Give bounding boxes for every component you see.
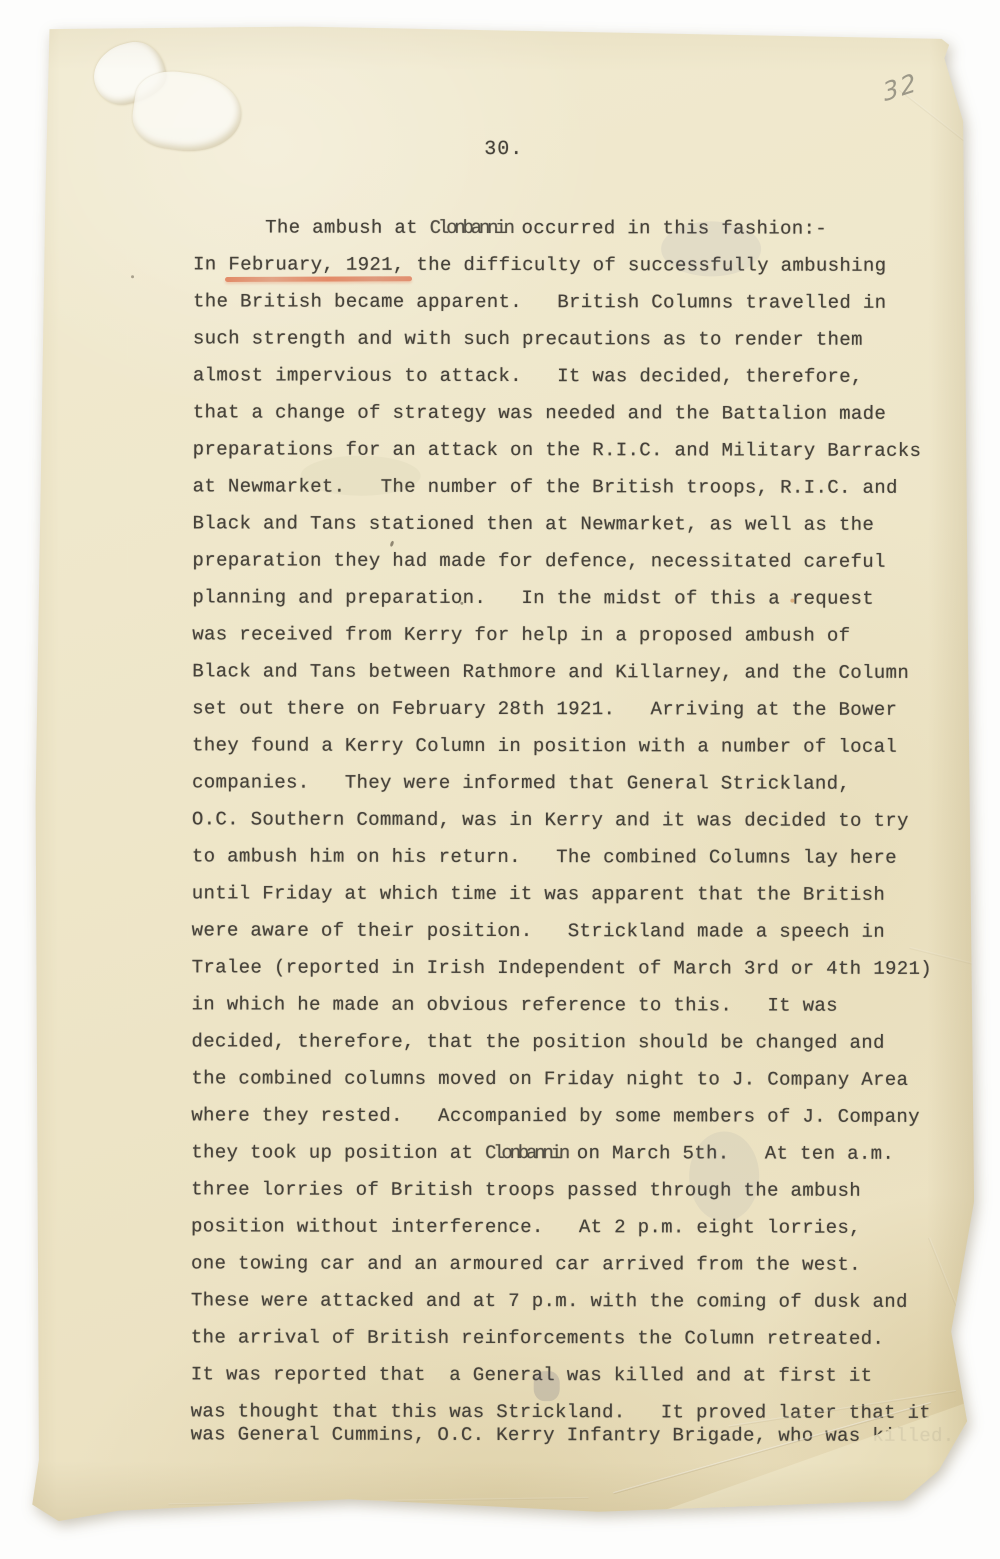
text-line: It was reported that a General was kille… bbox=[191, 1356, 981, 1395]
crease-line bbox=[168, 1497, 588, 1505]
scan-background: 30. The ambush at Clonbannin occurred in… bbox=[0, 0, 1000, 1559]
text-line: almost impervious to attack. It was deci… bbox=[193, 357, 983, 396]
text-line: position without interference. At 2 p.m.… bbox=[191, 1208, 981, 1247]
ink-speck bbox=[131, 275, 134, 278]
text-line: the combined columns moved on Friday nig… bbox=[191, 1060, 981, 1099]
text-line: In February, 1921, the difficulty of suc… bbox=[193, 246, 983, 285]
text-line: where they rested. Accompanied by some m… bbox=[191, 1097, 981, 1136]
text-line: to ambush him on his return. The combine… bbox=[192, 838, 982, 877]
text-line: such strength and with such precautions … bbox=[193, 320, 983, 359]
text-line: were aware of their position. Strickland… bbox=[192, 912, 982, 951]
text-line: Black and Tans between Rathmore and Kill… bbox=[192, 653, 982, 692]
text-line: that a change of strategy was needed and… bbox=[193, 394, 983, 433]
overtyped-word: Clonbannin bbox=[485, 1142, 567, 1164]
text-line: at Newmarket. The number of the British … bbox=[193, 468, 983, 507]
paper-sheet: 30. The ambush at Clonbannin occurred in… bbox=[28, 25, 976, 1523]
text-line: preparations for an attack on the R.I.C.… bbox=[193, 431, 983, 470]
text-line: Tralee (reported in Irish Independent of… bbox=[192, 949, 982, 988]
text-line: The ambush at Clonbannin occurred in thi… bbox=[193, 209, 983, 248]
text-line: These were attacked and at 7 p.m. with t… bbox=[191, 1282, 981, 1321]
text-line: was General Cummins, O.C. Kerry Infantry… bbox=[191, 1416, 981, 1455]
text-line: O.C. Southern Command, was in Kerry and … bbox=[192, 801, 982, 840]
text-line: planning and preparation. In the midst o… bbox=[192, 579, 982, 618]
text-line: three lorries of British troops passed t… bbox=[191, 1171, 981, 1210]
text-line: they took up position at Clonbannin on M… bbox=[191, 1134, 981, 1173]
text-line: decided, therefore, that the position sh… bbox=[191, 1023, 981, 1062]
text-line: preparation they had made for defence, n… bbox=[192, 542, 982, 581]
text-line: until Friday at which time it was appare… bbox=[192, 875, 982, 914]
text-line: set out there on February 28th 1921. Arr… bbox=[192, 690, 982, 729]
text-line: companies. They were informed that Gener… bbox=[192, 764, 982, 803]
text-line: the arrival of British reinforcements th… bbox=[191, 1319, 981, 1358]
text-line: Black and Tans stationed then at Newmark… bbox=[192, 505, 982, 544]
scanned-document-page: { "document": { "page_number": "30.", "h… bbox=[0, 0, 1000, 1559]
text-line: in which he made an obvious reference to… bbox=[191, 986, 981, 1025]
text-line: one towing car and an armoured car arriv… bbox=[191, 1245, 981, 1284]
text-line: the British became apparent. British Col… bbox=[193, 283, 983, 322]
overtyped-word: Clonbannin bbox=[430, 217, 512, 239]
text-block: The ambush at Clonbannin occurred in thi… bbox=[191, 209, 984, 1455]
text-line: was received from Kerry for help in a pr… bbox=[192, 616, 982, 655]
red-underlined-text: February, 1921, bbox=[228, 253, 404, 275]
handwritten-page-number: 32 bbox=[881, 67, 920, 107]
text-line: they found a Kerry Column in position wi… bbox=[192, 727, 982, 766]
